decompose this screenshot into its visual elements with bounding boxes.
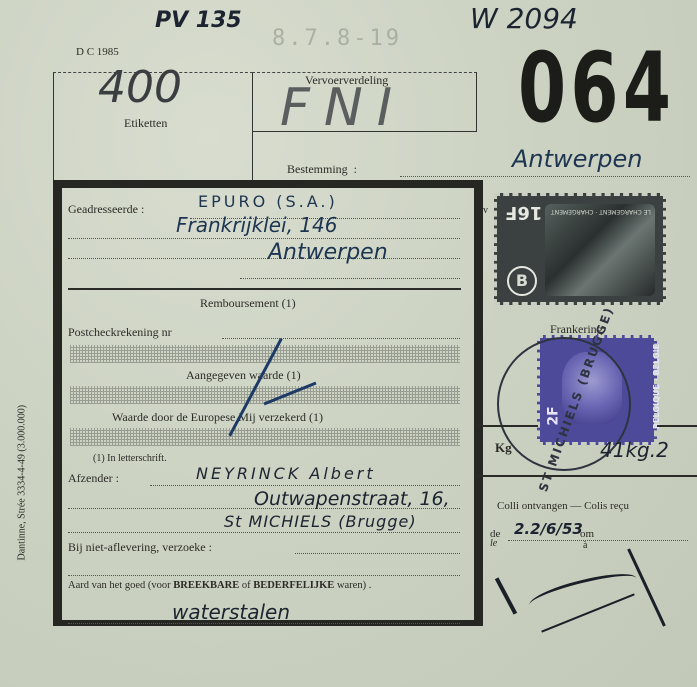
aard-value: waterstalen [172,600,290,624]
railway-parcel-stamp: 16F B LE CHARGEMENT · CHARGEMENT [494,193,666,305]
afzender-name: NEYRINCK Albert [196,464,376,483]
le-label: le [490,538,497,549]
divider [657,425,697,427]
vervoerverdeling-value: FNI [280,78,406,138]
stamp-caption: LE CHARGEMENT · CHARGEMENT [551,208,651,215]
bestemming-label: Bestemming : [287,162,357,177]
geadresseerde-city: Antwerpen [268,240,388,265]
divider [478,425,538,427]
afzender-line-1 [150,485,460,486]
divider [478,475,697,477]
hatched-field [70,345,460,363]
stamp-country: BELGIQUE · BELGIE [652,344,661,429]
afzender-city: St MICHIELS (Brugge) [224,512,417,531]
aangegeven-label: Aangegeven waarde (1) [186,368,301,383]
hatched-field [70,428,460,446]
geadresseerde-line-4 [240,278,460,279]
bestemming-line [400,176,690,177]
divider [68,288,461,290]
aard-label: Aard van het goed (voor BREEKBARE of BED… [68,580,371,591]
colli-label: Colli ontvangen — Colis reçu [497,500,629,512]
etiketten-value: 400 [98,62,182,113]
om-label: om [580,528,594,540]
signature-stroke [527,567,639,616]
received-date: 2.2/6/53 [514,520,583,538]
waarde-label: Waarde door de Europese Mij verzekerd (1… [112,410,323,425]
geadresseerde-street: Frankrijklei, 146 [176,213,337,237]
afzender-line-3 [68,532,460,533]
afzender-street: Outwapenstraat, 16, [254,488,450,510]
postcheck-label: Postcheckrekening nr [68,325,172,340]
geadresseerde-name: EPURO (S.A.) [198,192,338,211]
geadresseerde-label: Geadresseerde : [68,202,144,217]
printed-header-code: D C 1985 [76,46,119,58]
kg-label: Kg [495,440,512,456]
handwritten-reference: PV 135 [155,8,242,33]
bestemming-value: Antwerpen [512,145,643,173]
consignment-number: 064 [518,40,675,136]
signature [495,577,517,614]
printer-imprint: Dantinne, Strée 3334-4-49 (3.000.000) [17,361,28,561]
stamp-value: 16F [505,202,542,223]
niet-aflevering-line-2 [68,575,460,576]
geadresseerde-line-2 [68,238,460,239]
consignment-note: Dantinne, Strée 3334-4-49 (3.000.000) PV… [0,0,697,687]
footnote: (1) In letterschrift. [93,453,167,464]
postcheck-line [222,338,460,339]
handwritten-reference-right: W 2094 [470,2,578,35]
kg-value: 41kg.2 [600,438,669,462]
faded-date-stamp: 8.7.8-19 [272,26,402,51]
date-line [508,540,688,541]
right-v-mark: v [483,205,488,216]
geadresseerde-line-3 [68,258,460,259]
niet-aflevering-line-1 [295,553,460,554]
stamp-country-mark: B [507,266,537,296]
afzender-label: Afzender : [68,471,119,486]
remboursement-label: Remboursement (1) [200,296,296,311]
niet-aflevering-label: Bij niet-aflevering, verzoeke : [68,540,212,555]
stamp-machinery-image [545,204,655,296]
etiketten-label: Etiketten [124,116,167,131]
a-label: à [583,540,587,551]
